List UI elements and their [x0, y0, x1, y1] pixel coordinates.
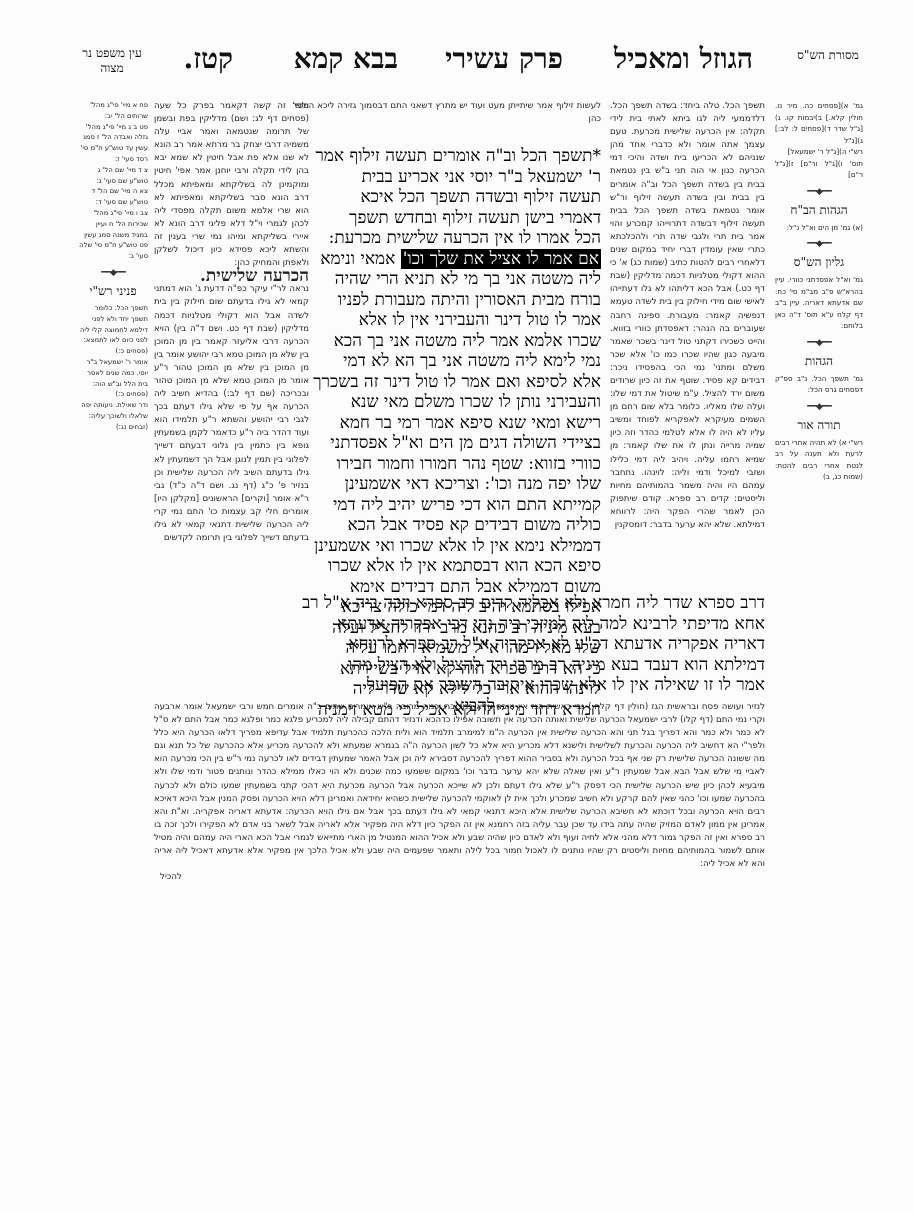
rashi-commentary: תשפך הכל. טלה ביחד: בשדה תשפך הכל. דלדממ… — [610, 100, 765, 620]
ornament-divider-icon: ━━◆━━ — [78, 268, 148, 278]
ein-mishpat-note: צ ד מיי' שם הל' ג טוש"ע שם סעי' ג: — [78, 165, 148, 187]
gemara-line: אלא לסיפא ואם אמר לו טול דינר זה בשכרך — [293, 372, 601, 393]
gemara-line: הכל אמרו לו אין הכרעה שלישית מכרעת: — [293, 228, 601, 249]
pninei-rashi-entry: אומר ר' ישמעאל ב"ר יוסי. כמה שנים לאסר ב… — [78, 357, 148, 400]
pninei-rashi-title: פניני רש"י — [78, 284, 148, 299]
highlighted-mishnah-quote[interactable]: אם אמר לו אציל את שלך וכו' — [401, 249, 601, 269]
gemara-line: *תשפך הכל וב"ה אומרים תעשה זילוף אמר — [293, 146, 601, 167]
masoret-note: רש"י ה)[ג"ל ר' ישמעאל] — [775, 146, 863, 158]
gilyon-hashas-title: גליון הש"ס — [775, 255, 863, 270]
ein-mishpat-note: צא ה מיי' שם הל' ד טוש"ע שם סעי' ד: — [78, 186, 148, 208]
tosafot-text-mid: נראה לר"י עיקר כפ"ה דדעת ג' הוא דמתני קמ… — [154, 284, 309, 543]
hagahot-bach-title: הגהות הב"ח — [775, 203, 863, 218]
gemara-wide-text: דרב ספרא שדר ליה חמרא ולא אכליה קדים רב … — [292, 593, 765, 716]
gemara-line: אם אמר לו אציל את שלך וכו' אמאי ונימא — [293, 249, 601, 270]
gemara-line: דאמרי בישן תעשה זילוף ובחדש תשפך — [293, 208, 601, 229]
gemara-line: נמי לימא ליה משטה אני בך הא לא דמי — [293, 351, 601, 372]
gilyon-hashas-note: גמ' וא"ל אפסדתני כוורי. עיין בהרא"ש פ"ב … — [775, 274, 863, 332]
gemara-line: תעשה זילוף ובשדה תשפך הכל איכא — [293, 187, 601, 208]
torah-or-note: רש"י א) לא תהיה אחרי רבים לרעת ולא תענה … — [775, 437, 863, 483]
pninei-rashi-entry: ודר שאילת. ניעותה יפה שלאלו ולשוכך עליה:… — [78, 400, 148, 432]
gemara-intro-commentary: לעשות זילוף אמר שיתייתן מעט ועוד יש מתרץ… — [293, 100, 601, 140]
catchword: להכיל — [154, 871, 765, 884]
tractate-name: בבא קמא — [294, 42, 398, 76]
gemara-line: שלו יפה מנה וכו': וצריכא דאי אשמעינן — [293, 474, 601, 495]
chapter-name: הגוזל ומאכיל — [614, 42, 753, 76]
hagahot-bach-note: (א) גמ' מן הים וא"ל נ"ל: — [775, 222, 863, 234]
gemara-line: בורח מבית האסורין והיתה מעבורת לפניו — [293, 290, 601, 311]
gemara-line: והעבירני נותן לו שכרו משלם מאי שנא — [293, 392, 601, 413]
gemara-line: דרב ספרא שדר ליה חמרא ולא אכליה קדים רב … — [292, 593, 765, 614]
tosafot-dibbur-hamatchil: הכרעה שלישית. — [154, 270, 309, 283]
masoret-hashas-title: מסורת הש"ס — [793, 48, 863, 63]
gemara-line-continuation: אמאי ונימא — [320, 249, 395, 269]
ein-mishpat-note: צב ו מיי' פי"ג מהל' שכירות הל' ח ועיין ב… — [78, 208, 148, 262]
talmud-page: מסורת הש"ס הגוזל ומאכיל פרק עשירי בבא קמ… — [78, 38, 863, 1098]
folio-number: קטז. — [184, 42, 233, 76]
masoret-hashas-column: גמ' א)[פסחים כה. מיר נו. חולין קלא.] ב)י… — [775, 100, 863, 483]
bottom-commentary: לנזיר ועושה פסח ובראשית הגז (חולין דף קל… — [154, 701, 765, 884]
ornament-divider-icon: ━━◆━━ — [775, 402, 863, 412]
chapter-number: פרק עשירי — [445, 42, 563, 76]
bottom-commentary-text: לנזיר ועושה פסח ובראשית הגז (חולין דף קל… — [154, 702, 765, 869]
gemara-line: אמר לו זו שאילה אין לו אלא שכרו איתיבה ה… — [292, 675, 765, 696]
gemara-line: דממילא נימא אין לו אלא שכרו ואי אשמעינן — [293, 536, 601, 557]
gemara-line: ליה משטה אני בך מי לא תניא הרי שהיה — [293, 269, 601, 290]
gemara-line: כוורי בזווא: שטף נהר חמורו וחמור חבירו — [293, 454, 601, 475]
pninei-rashi-entry: תשפך הכל. כלומר תשפך יחד ולא לפני דילמא … — [78, 303, 148, 357]
hagahot-note: גמ' תשפך הכל. נ"ב ספ"ק דפסחים גרס הכל: — [775, 373, 863, 396]
ornament-divider-icon: ━━◆━━ — [775, 239, 863, 249]
torah-or-title: תורה אור — [775, 418, 863, 433]
ein-mishpat-title: עין משפט נר מצוה — [78, 46, 146, 76]
gemara-line: אחא מדיפתי לרבינא למה ליה למיזכי ביה נהי… — [292, 614, 765, 635]
ein-mishpat-column: פח א מיי' פי"ג מהל' שרותים הל' יב: פט ב … — [78, 100, 148, 433]
ornament-divider-icon: ━━◆━━ — [775, 187, 863, 197]
ornament-divider-icon: ━━◆━━ — [775, 338, 863, 348]
hagahot-title: הגהות — [775, 354, 863, 369]
tosafot-text-top: ולפי' זה קשה דקאמר בפרק כל שעה (פסחים דף… — [154, 101, 309, 268]
gemara-line: דאריה אפקריה אדעתא דכ"ע לא אפקריה א"ל רב… — [292, 634, 765, 655]
gemara-line: רישא ומאי שנא סיפא אמר רמי בר חמא — [293, 413, 601, 434]
masoret-note: גמ' א)[פסחים כה. מיר נו. חולין קלא.] ב)י… — [775, 100, 863, 146]
gemara-line: סיפא הכא הוא דבסתמא אין לו אלא שכרו — [293, 556, 601, 577]
gemara-line: דמילתא הוא דעבד בעא מיניה רב מרבי ירד לה… — [292, 655, 765, 676]
ein-mishpat-note: פט ב ג מיי' פי"ג מהל' גזלה ואבדה הל' ז ס… — [78, 122, 148, 165]
ein-mishpat-note: פח א מיי' פי"ג מהל' שרותים הל' יב: — [78, 100, 148, 122]
gemara-line: כוליה משום דבידים קא פסיד אבל הכא — [293, 515, 601, 536]
page-header: מסורת הש"ס הגוזל ומאכיל פרק עשירי בבא קמ… — [78, 38, 863, 96]
gemara-line: ר' ישמעאל ב"ר יוסי אני אכריע בבית — [293, 167, 601, 188]
gemara-line: בציידי השולה דגים מן הים וא"ל אפסדתני — [293, 433, 601, 454]
tosafot-commentary: ולפי' זה קשה דקאמר בפרק כל שעה (פסחים דף… — [154, 100, 309, 690]
gemara-line: שכרו אלמא אמר ליה משטה אני בך הכא — [293, 331, 601, 352]
gemara-line: קמייתא התם הוא דכי פריש יהיב ליה דמי — [293, 495, 601, 516]
masoret-note: תוס' ו)[ג"ל ור"ם] ז)[ג"ל ר"ם] — [775, 158, 863, 181]
gemara-line: אמר לו טול דינר והעבירני אין לו אלא — [293, 310, 601, 331]
